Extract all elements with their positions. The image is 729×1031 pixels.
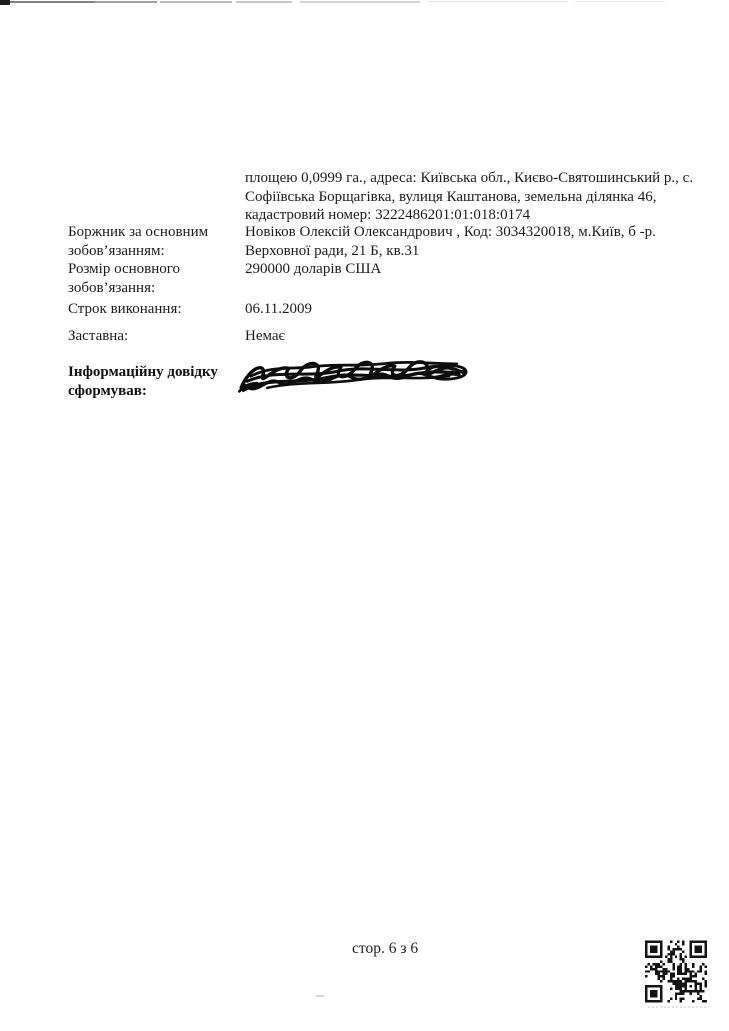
field-label-mortgage-bond: Заставна: (68, 327, 248, 346)
document-page: площею 0,0999 га., адреса: Київська обл.… (0, 0, 729, 1031)
field-label-debtor: Боржник за основним зобов’язанням: (68, 223, 248, 260)
qr-code (645, 940, 707, 1003)
field-value-obligation-amount: 290000 доларів США (245, 260, 709, 279)
field-value-mortgage-bond: Немає (245, 327, 709, 346)
scan-artifact-dots (648, 1006, 706, 1008)
page-indicator: стор. 6 з 6 (352, 940, 418, 958)
field-value-debtor: Новіков Олексій Олександрович , Код: 303… (245, 223, 709, 260)
collateral-description: площею 0,0999 га., адреса: Київська обл.… (245, 169, 709, 225)
field-value-due-date: 06.11.2009 (245, 300, 709, 319)
formed-by-label: Інформаційну довідку сформував: (68, 363, 258, 400)
field-label-obligation-amount: Розмір основного зобов’язання: (68, 260, 248, 297)
scan-artifact-dash (316, 995, 324, 997)
signature-scribble (237, 354, 473, 396)
field-label-due-date: Строк виконання: (68, 300, 248, 319)
